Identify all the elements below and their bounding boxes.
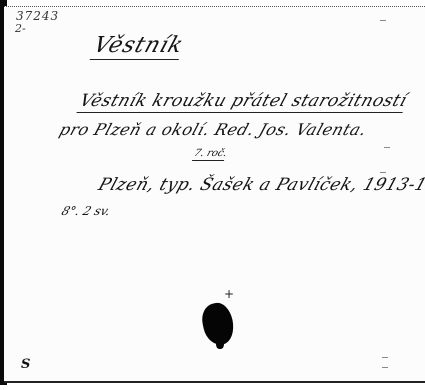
scan-speck [380, 172, 386, 173]
scan-speck [384, 147, 390, 148]
cross-mark: + [224, 287, 234, 301]
volume-note: 7. roč. [192, 148, 229, 161]
scan-speck [380, 20, 386, 21]
call-number-sub: 2- [15, 22, 26, 35]
imprint-line: Plzeň, typ. Šašek a Pavlíček, 1913-14. [96, 175, 425, 195]
scan-speck [382, 357, 388, 358]
call-number: 37243 [16, 9, 59, 23]
title-line-1: Věstník kroužku přátel starožitností [76, 91, 409, 113]
scan-speck [382, 367, 388, 368]
card-heading: Věstník [90, 33, 187, 60]
extent-line: 8°. 2 sv. [60, 204, 113, 218]
ink-blot-tail [216, 337, 224, 349]
title-line-2: pro Plzeň a okolí. Red. Jos. Valenta. [57, 120, 369, 139]
corner-letter: S [21, 357, 30, 372]
catalog-card: 37243 2- Věstník Věstník kroužku přátel … [4, 6, 425, 383]
